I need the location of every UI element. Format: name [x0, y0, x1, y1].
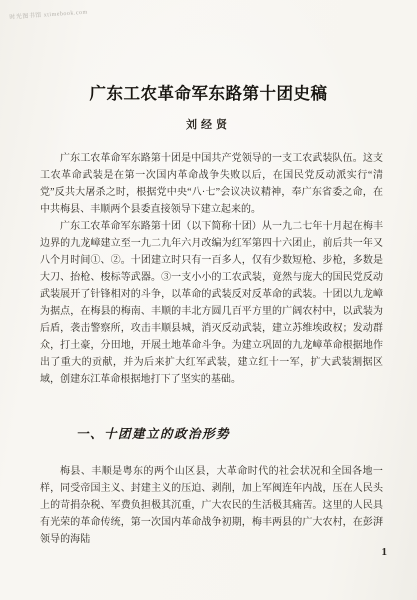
- paragraph-political-situation: 梅县、丰顺是粤东的两个山区县，大革命时代的社会状况和全国各地一样，同受帝国主义、…: [40, 463, 383, 548]
- section-heading: 一、十团建立的政治形势: [40, 424, 383, 442]
- document-body: 广东工农革命军东路第十团是中国共产党领导的一支工农武装队伍。这支工农革命武装是在…: [40, 150, 383, 548]
- author-name: 刘经贤: [0, 116, 417, 132]
- document-title: 广东工农革命军东路第十团史稿: [0, 80, 417, 104]
- paragraph-overview: 广东工农革命军东路第十团（以下简称十团）从一九二七年十月起在梅丰边界的九龙嶂建立…: [40, 218, 383, 388]
- paragraph-intro: 广东工农革命军东路第十团是中国共产党领导的一支工农武装队伍。这支工农革命武装是在…: [40, 150, 383, 218]
- watermark-text: 时光图书馆 xtimebook.com: [9, 7, 88, 21]
- page-number: 1: [382, 546, 388, 558]
- document-page: 时光图书馆 xtimebook.com 广东工农革命军东路第十团史稿 刘经贤 广…: [0, 0, 417, 600]
